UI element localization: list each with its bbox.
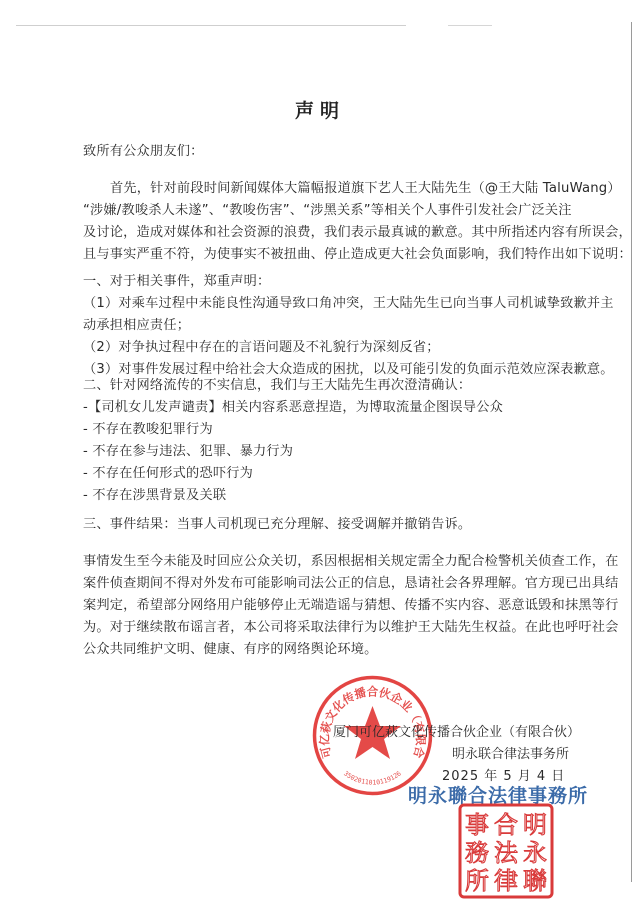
seal-char: 法: [494, 839, 519, 867]
paragraph-line: 及讨论，造成对媒体和社会资源的浪费，我们表示最真诚的歉意。其中所指述内容有所误会…: [83, 222, 583, 244]
seal-number-text: 3502011010119126: [342, 769, 403, 786]
section-item: - 不存在参与违法、犯罪、暴力行为: [83, 441, 583, 463]
seal-char: 事: [465, 811, 489, 839]
seal-char: 所: [465, 867, 489, 895]
section-item: （2）对争执过程中存在的言语问题及不礼貌行为深刻反省；: [83, 337, 583, 359]
section-item: - 不存在教唆犯罪行为: [83, 419, 583, 441]
section-item: （1）对乘车过程中未能良性沟通导致口角冲突，王大陆先生已向当事人司机诚挚致歉并主: [83, 293, 583, 315]
paragraph-line: 且与事实严重不符，为使事实不被扭曲、停止造成更大社会负面影响，我们特作出如下说明…: [83, 244, 583, 266]
section-2: 二、针对网络流传的不实信息，我们与王大陆先生再次澄清确认： -【司机女儿发声谴责…: [83, 375, 583, 507]
paragraph-line: 为。对于继续散布谣言者，本公司将采取法律行为以维护王大陆先生权益。在此也呼吁社会: [83, 617, 583, 639]
section-item: - 不存在任何形式的恐吓行为: [83, 463, 583, 485]
paragraph-line: 公众共同维护文明、健康、有序的网络舆论环境。: [83, 639, 583, 661]
section-item: - 不存在涉黑背景及关联: [83, 485, 583, 507]
scan-page-edge: [631, 22, 632, 882]
section-heading: 一、对于相关事件，郑重声明：: [83, 271, 583, 293]
seal-char: 務: [465, 839, 489, 867]
signature-company: 厦门可亿萩文化传播合伙企业（有限合伙）: [333, 722, 580, 744]
paragraph-line: 事情发生至今未能及时回应公众关切，系因根据相关规定需全力配合检警机关侦查工作，在: [83, 551, 583, 573]
salutation-text: 致所有公众朋友们：: [83, 141, 583, 163]
section-1: 一、对于相关事件，郑重声明： （1）对乘车过程中未能良性沟通导致口角冲突，王大陆…: [83, 271, 583, 381]
svg-text:3502011010119126: 3502011010119126: [342, 769, 403, 786]
scan-artifact-line: [16, 25, 406, 26]
document-title: 声明: [0, 96, 640, 123]
seal-char: 聯: [523, 867, 548, 895]
salutation: 致所有公众朋友们：: [83, 141, 583, 163]
closing-paragraph: 事情发生至今未能及时回应公众关切，系因根据相关规定需全力配合检警机关侦查工作，在…: [83, 551, 583, 661]
section-item: 动承担相应责任；: [83, 315, 583, 337]
paragraph-line: 案件侦查期间不得对外发布可能影响司法公正的信息，恳请社会各界理解。官方现已出具结: [83, 573, 583, 595]
seal-char: 合: [494, 811, 518, 839]
section-heading: 三、事件结果：当事人司机现已充分理解、接受调解并撤销告诉。: [83, 514, 583, 536]
section-heading: 二、针对网络流传的不实信息，我们与王大陆先生再次澄清确认：: [83, 375, 583, 397]
section-item: -【司机女儿发声谴责】相关内容系恶意捏造，为博取流量企图误导公众: [83, 397, 583, 419]
paragraph-line: 案判定，希望部分网络用户能够停止无端造谣与猜想、传播不实内容、恶意诋毁和抹黑等行: [83, 595, 583, 617]
seal-char: 明: [523, 811, 547, 839]
scan-artifact-line: [448, 25, 492, 26]
paragraph-line: “涉嫌/教唆杀人未遂”、“教唆伤害”、“涉黑关系”等相关个人事件引发社会广泛关注: [83, 200, 583, 222]
paragraph-line: 首先，针对前段时间新闻媒体大篇幅报道旗下艺人王大陆先生（@王大陆 TaluWan…: [83, 178, 583, 200]
signature-law-firm: 明永联合律法事务所: [452, 744, 569, 766]
section-3: 三、事件结果：当事人司机现已充分理解、接受调解并撤销告诉。: [83, 514, 583, 536]
law-firm-square-seal: 明 永 聯 合 法 律 事 務 所: [458, 803, 554, 899]
seal-char: 永: [523, 839, 547, 867]
intro-paragraph: 首先，针对前段时间新闻媒体大篇幅报道旗下艺人王大陆先生（@王大陆 TaluWan…: [83, 178, 583, 266]
seal-char: 律: [494, 867, 518, 895]
